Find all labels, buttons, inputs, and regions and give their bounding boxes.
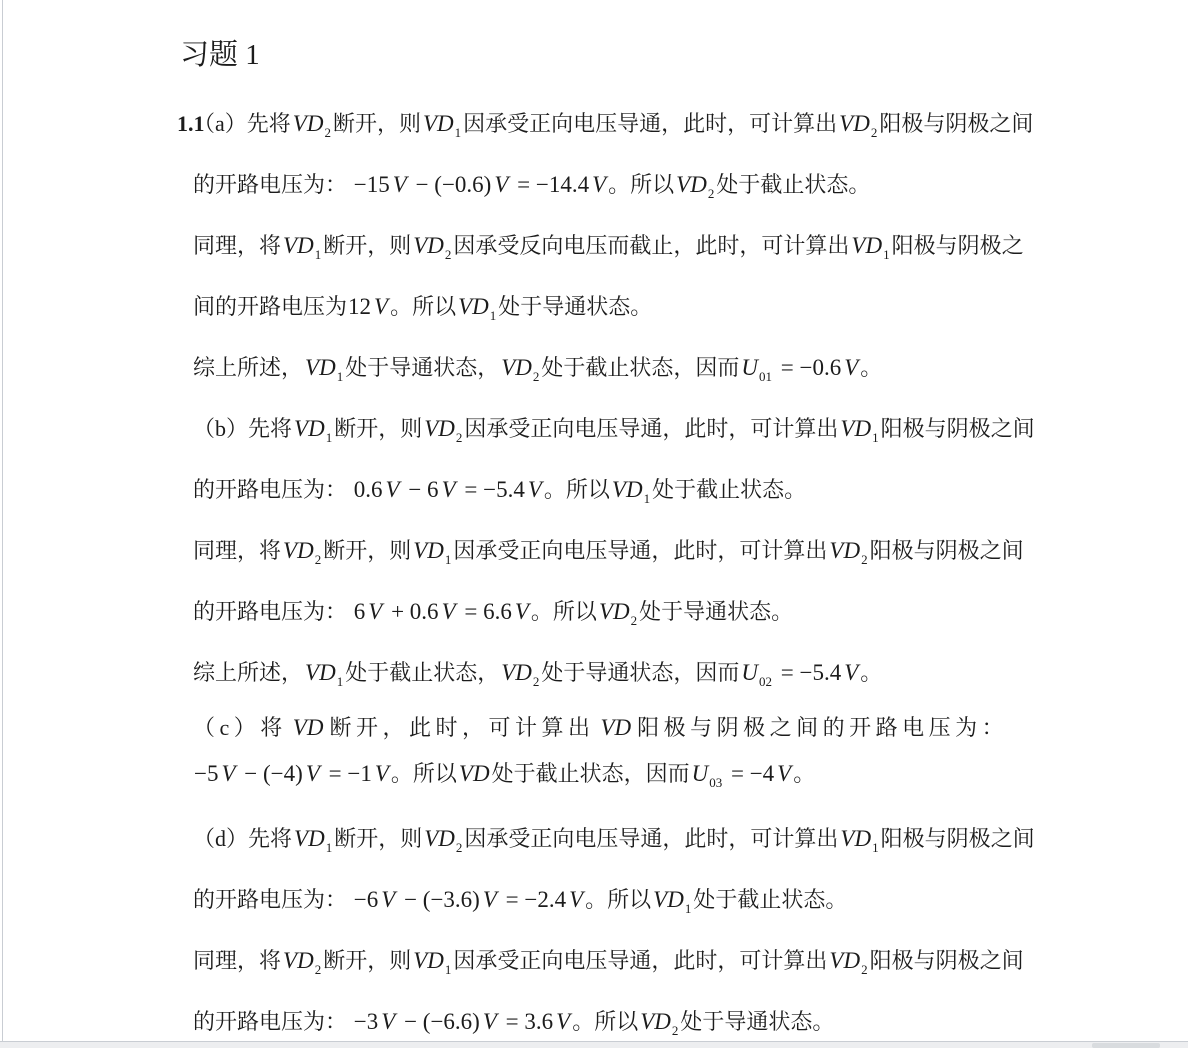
math-variable: U02 (741, 660, 772, 685)
math-variable: VD1 (612, 477, 650, 502)
math-variable: VD1 (423, 111, 461, 136)
cn-text: 因承受正向电压导通，此时，可计算出 (464, 416, 838, 441)
text-line: 综上所述，VD1处于导通状态，VD2处于截止状态，因而U01 = −0.6V。 (193, 337, 1053, 398)
cn-text: 阳极与阴极之间 (870, 948, 1024, 973)
subscript: 1 (445, 552, 452, 567)
cn-text: 因承受正向电压导通，此时，可计算出 (463, 111, 837, 136)
math-expression: 0.6 (348, 477, 383, 502)
cn-text: 。所以 (608, 172, 674, 197)
text-line: 的开路电压为： 0.6V − 6V = −5.4V。所以VD1处于截止状态。 (193, 459, 1053, 520)
math-variable: U03 (692, 761, 723, 786)
text-line: 间的开路电压为12V。所以VD1处于导通状态。 (193, 276, 1053, 337)
math-variable: VD2 (640, 1009, 678, 1034)
math-variable: V (777, 761, 791, 786)
cn-text: 因承受正向电压导通，此时，可计算出 (453, 538, 827, 563)
math-variable: VD1 (840, 826, 878, 851)
cn-text: 断开，则 (334, 826, 422, 851)
page-shadow (1092, 1043, 1160, 1048)
math-variable: V (368, 599, 382, 624)
cn-text: 。 (860, 660, 882, 685)
cn-text: 断开，则 (323, 948, 411, 973)
math-expression: = −5.4 (775, 660, 841, 685)
cn-text: 的开路电压为： (193, 1009, 347, 1034)
math-variable: V (483, 887, 497, 912)
math-variable: VD2 (501, 355, 539, 380)
math-expression: = −2.4 (500, 887, 566, 912)
math-variable: VD2 (839, 111, 877, 136)
text-line: 综上所述，VD1处于截止状态，VD2处于导通状态，因而U02 = −5.4V。 (193, 642, 1053, 703)
math-variable: V (381, 887, 395, 912)
cn-text: 断开，则 (333, 111, 421, 136)
cn-text: 阳极与阴极之间 (870, 538, 1024, 563)
math-expression: + 0.6 (385, 599, 438, 624)
subscript: 2 (533, 674, 540, 689)
math-variable: VD2 (829, 538, 867, 563)
cn-text: （c）将 (193, 715, 287, 740)
subscript: 1 (326, 430, 333, 445)
cn-text: 。所以 (390, 294, 456, 319)
cn-text: 处于截止状态，因而 (492, 761, 690, 786)
math-variable: VD2 (424, 416, 462, 441)
math-variable: VD1 (294, 416, 332, 441)
cn-text: 处于截止状态。 (652, 477, 806, 502)
math-expression: 12 (348, 294, 371, 319)
cn-text: 的开路电压为： (193, 172, 347, 197)
document-content: 1.1（a）先将VD2断开，则VD1因承受正向电压导通，此时，可计算出VD2阳极… (193, 93, 1053, 1048)
cn-text: 断开，则 (334, 416, 422, 441)
text-line: （b）先将VD1断开，则VD2因承受正向电压导通，此时，可计算出VD1阳极与阴极… (193, 398, 1053, 459)
cn-text: 同理，将 (193, 538, 281, 563)
cn-text: 断开，则 (323, 233, 411, 258)
math-variable: V (844, 660, 858, 685)
math-expression: = −1 (323, 761, 372, 786)
cn-text: 。所以 (585, 887, 651, 912)
math-variable: V (494, 172, 508, 197)
cn-text: 综上所述， (193, 660, 303, 685)
math-variable: VD2 (424, 826, 462, 851)
math-expression: = −14.4 (511, 172, 589, 197)
math-variable: VD1 (851, 233, 889, 258)
cn-text: 同理，将 (193, 233, 281, 258)
cn-text: 。所以 (544, 477, 610, 502)
text-line: 的开路电压为： −15V − (−0.6)V = −14.4V。所以VD2处于截… (193, 154, 1053, 215)
page-left-edge (2, 0, 3, 1042)
math-variable: VD1 (840, 416, 878, 441)
text-line: （d）先将VD1断开，则VD2因承受正向电压导通，此时，可计算出VD1阳极与阴极… (193, 808, 1053, 869)
math-variable: V (442, 599, 456, 624)
math-expression: − 6 (403, 477, 439, 502)
subscript: 1 (337, 369, 344, 384)
document-page: 习题 1 1.1（a）先将VD2断开，则VD1因承受正向电压导通，此时，可计算出… (0, 0, 1188, 1048)
subscript: 2 (456, 840, 463, 855)
subscript: 2 (861, 552, 868, 567)
subscript: 1 (644, 491, 651, 506)
math-variable: V (375, 761, 389, 786)
cn-text: （a）先将 (193, 111, 291, 136)
cn-text: 因承受正向电压导通，此时，可计算出 (464, 826, 838, 851)
math-expression: = −0.6 (775, 355, 841, 380)
cn-text: 。所以 (391, 761, 457, 786)
math-variable: VD2 (829, 948, 867, 973)
math-variable: VD2 (676, 172, 714, 197)
cn-text: 处于导通状态。 (680, 1009, 834, 1034)
cn-text: 综上所述， (193, 355, 303, 380)
math-variable: V (515, 599, 529, 624)
subscript: 1 (315, 247, 322, 262)
math-variable: V (386, 477, 400, 502)
cn-text: 的开路电压为： (193, 887, 347, 912)
math-variable: VD1 (413, 538, 451, 563)
math-expression: − (−6.6) (398, 1009, 480, 1034)
subscript: 2 (315, 552, 322, 567)
math-variable: VD2 (293, 111, 331, 136)
math-expression: −5 (194, 761, 218, 786)
cn-text: 处于导通状态， (345, 355, 499, 380)
cn-text: 处于截止状态。 (716, 172, 870, 197)
subscript: 2 (324, 125, 331, 140)
subscript: 2 (445, 247, 452, 262)
math-expression: = −5.4 (459, 477, 525, 502)
subscript: 1 (685, 901, 692, 916)
text-line: −5V − (−4)V = −1V。所以VD处于截止状态，因而U03 = −4V… (193, 751, 1053, 797)
text-line: 1.1（a）先将VD2断开，则VD1因承受正向电压导通，此时，可计算出VD2阳极… (193, 93, 1053, 154)
math-expression: = −4 (725, 761, 774, 786)
text-line: 同理，将VD2断开，则VD1因承受正向电压导通，此时，可计算出VD2阳极与阴极之… (193, 520, 1053, 581)
math-expression: 6 (348, 599, 365, 624)
viewer-background (0, 1042, 1188, 1048)
subscript: 1 (872, 840, 879, 855)
math-variable: VD1 (653, 887, 691, 912)
math-expression: −15 (348, 172, 390, 197)
text-line: 的开路电压为： −6V − (−3.6)V = −2.4V。所以VD1处于截止状… (193, 869, 1053, 930)
cn-text: 的开路电压为： (193, 477, 347, 502)
cn-text: 阳极与阴极之间 (879, 111, 1033, 136)
math-variable: VD1 (283, 233, 321, 258)
subscript: 1 (326, 840, 333, 855)
cn-text: 因承受正向电压导通，此时，可计算出 (453, 948, 827, 973)
cn-text: 处于截止状态。 (693, 887, 847, 912)
cn-text: 。所以 (531, 599, 597, 624)
math-variable: V (442, 477, 456, 502)
math-variable: VD1 (413, 948, 451, 973)
subscript: 2 (456, 430, 463, 445)
math-variable: VD1 (294, 826, 332, 851)
math-variable: VD2 (413, 233, 451, 258)
cn-text: 阳极与阴极之间 (881, 416, 1035, 441)
math-variable: VD (459, 761, 490, 786)
math-variable: V (381, 1009, 395, 1034)
cn-text: 间的开路电压为 (193, 294, 347, 319)
math-variable: V (528, 477, 542, 502)
math-variable: VD1 (305, 660, 343, 685)
math-variable: V (483, 1009, 497, 1034)
math-variable: VD2 (283, 948, 321, 973)
text-line: （c）将VD断开，此时，可计算出VD阳极与阴极之间的开路电压为： (193, 705, 1053, 751)
subscript: 2 (861, 962, 868, 977)
cn-text: 处于导通状态。 (498, 294, 652, 319)
math-variable: V (592, 172, 606, 197)
subscript: 2 (533, 369, 540, 384)
cn-text: 阳极与阴极之 (892, 233, 1024, 258)
math-variable: U01 (741, 355, 772, 380)
subscript: 2 (315, 962, 322, 977)
text-line: 的开路电压为： −3V − (−6.6)V = 3.6V。所以VD2处于导通状态… (193, 991, 1053, 1048)
math-expression: = 3.6 (500, 1009, 553, 1034)
cn-text: （d）先将 (193, 826, 292, 851)
subscript: 1 (872, 430, 879, 445)
math-variable: V (221, 761, 235, 786)
subscript: 1 (445, 962, 452, 977)
cn-text: （b）先将 (193, 416, 292, 441)
cn-text: 处于截止状态，因而 (541, 355, 739, 380)
math-expression: = 6.6 (459, 599, 512, 624)
math-variable: VD2 (599, 599, 637, 624)
math-variable: VD1 (305, 355, 343, 380)
subscript: 1 (490, 308, 497, 323)
text-line: 同理，将VD1断开，则VD2因承受反向电压而截止，此时，可计算出VD1阳极与阴极… (193, 215, 1053, 276)
cn-text: 。 (860, 355, 882, 380)
math-variable: VD2 (283, 538, 321, 563)
math-variable: V (844, 355, 858, 380)
subscript: 2 (631, 613, 638, 628)
math-variable: V (393, 172, 407, 197)
math-variable: VD (600, 715, 631, 740)
math-variable: V (306, 761, 320, 786)
math-expression: −6 (348, 887, 378, 912)
cn-text: 处于导通状态。 (639, 599, 793, 624)
cn-text: 断开，此时，可计算出 (329, 715, 594, 740)
text-line: 的开路电压为： 6V + 0.6V = 6.6V。所以VD2处于导通状态。 (193, 581, 1053, 642)
subscript: 1 (455, 125, 462, 140)
cn-text: 断开，则 (323, 538, 411, 563)
cn-text: 阳极与阴极之间的开路电压为： (637, 715, 1008, 740)
math-expression: − (−0.6) (410, 172, 492, 197)
page-title: 习题 1 (180, 38, 260, 72)
subscript: 01 (759, 369, 772, 384)
cn-text: 同理，将 (193, 948, 281, 973)
subscript: 2 (672, 1023, 679, 1038)
cn-text: 因承受反向电压而截止，此时，可计算出 (453, 233, 849, 258)
cn-text: 阳极与阴极之间 (881, 826, 1035, 851)
math-variable: V (374, 294, 388, 319)
text-line: 同理，将VD2断开，则VD1因承受正向电压导通，此时，可计算出VD2阳极与阴极之… (193, 930, 1053, 991)
problem-number: 1.1 (177, 93, 205, 154)
math-expression: − (−3.6) (398, 887, 480, 912)
cn-text: 处于导通状态，因而 (541, 660, 739, 685)
subscript: 2 (708, 186, 715, 201)
math-variable: V (556, 1009, 570, 1034)
cn-text: 的开路电压为： (193, 599, 347, 624)
math-variable: VD1 (458, 294, 496, 319)
math-variable: VD (293, 715, 324, 740)
subscript: 03 (709, 775, 722, 790)
math-expression: −3 (348, 1009, 378, 1034)
subscript: 1 (883, 247, 890, 262)
math-expression: − (−4) (239, 761, 303, 786)
cn-text: 。所以 (572, 1009, 638, 1034)
math-variable: VD2 (501, 660, 539, 685)
subscript: 2 (871, 125, 878, 140)
subscript: 1 (337, 674, 344, 689)
math-variable: V (569, 887, 583, 912)
cn-text: 处于截止状态， (345, 660, 499, 685)
subscript: 02 (759, 674, 772, 689)
cn-text: 。 (793, 761, 815, 786)
